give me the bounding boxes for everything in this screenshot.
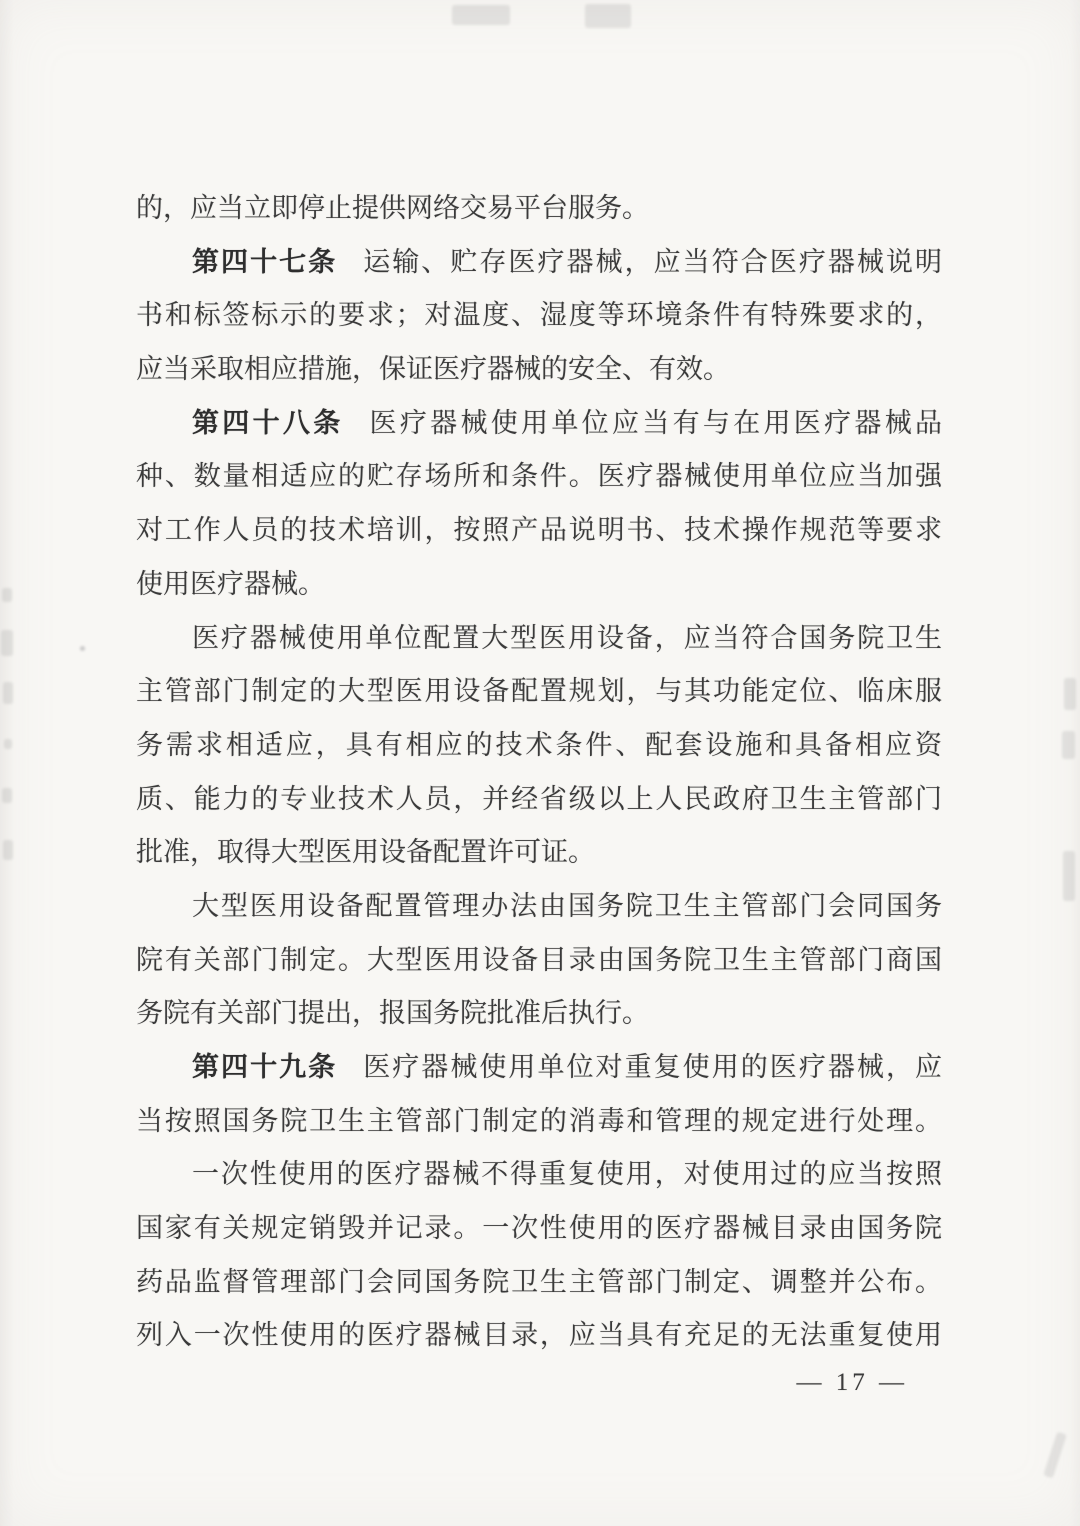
line-text: 药品监督管理部门会同国务院卫生主管部门制定、调整并公布。: [136, 1267, 942, 1297]
article-heading: 第四十七条: [192, 247, 337, 277]
scan-smudge: [1, 630, 13, 656]
scan-smudge: [1064, 678, 1076, 710]
line-text: 应当采取相应措施，保证医疗器械的安全、有效。: [136, 354, 730, 384]
scan-smudge: [3, 840, 13, 860]
scan-smudge: [585, 4, 631, 28]
scan-smudge: [4, 739, 12, 749]
text-line: 应当采取相应措施，保证医疗器械的安全、有效。: [136, 343, 942, 397]
line-text: 种、数量相适应的贮存场所和条件。医疗器械使用单位应当加强: [136, 461, 942, 491]
text-line: 质、能力的专业技术人员，并经省级以上人民政府卫生主管部门: [136, 773, 942, 827]
text-line: 第四十八条医疗器械使用单位应当有与在用医疗器械品: [136, 397, 942, 451]
line-text: 主管部门制定的大型医用设备配置规划，与其功能定位、临床服: [136, 676, 942, 706]
text-line: 列入一次性使用的医疗器械目录，应当具有充足的无法重复使用: [136, 1309, 942, 1363]
text-line: 批准，取得大型医用设备配置许可证。: [136, 826, 942, 880]
scan-smudge: [452, 5, 510, 25]
line-text: 医疗器械使用单位应当有与在用医疗器械品: [370, 408, 942, 438]
scan-smudge: [2, 788, 12, 803]
line-text: 使用医疗器械。: [136, 569, 325, 599]
scan-smudge: [1062, 731, 1075, 759]
line-text: 医疗器械使用单位配置大型医用设备，应当符合国务院卫生: [192, 623, 942, 653]
text-line: 第四十九条医疗器械使用单位对重复使用的医疗器械，应: [136, 1041, 942, 1095]
scan-smudge: [1063, 851, 1075, 901]
text-line: 院有关部门制定。大型医用设备目录由国务院卫生主管部门商国: [136, 934, 942, 988]
text-line: 务需求相适应，具有相应的技术条件、配套设施和具备相应资: [136, 719, 942, 773]
document-page: 的，应当立即停止提供网络交易平台服务。第四十七条运输、贮存医疗器械，应当符合医疗…: [0, 0, 1080, 1526]
text-line: 务院有关部门提出，报国务院批准后执行。: [136, 987, 942, 1041]
line-text: 质、能力的专业技术人员，并经省级以上人民政府卫生主管部门: [136, 784, 942, 814]
line-text: 国家有关规定销毁并记录。一次性使用的医疗器械目录由国务院: [136, 1213, 942, 1243]
line-text: 一次性使用的医疗器械不得重复使用，对使用过的应当按照: [192, 1159, 942, 1189]
text-line: 国家有关规定销毁并记录。一次性使用的医疗器械目录由国务院: [136, 1202, 942, 1256]
text-line: 一次性使用的医疗器械不得重复使用，对使用过的应当按照: [136, 1148, 942, 1202]
line-text: 对工作人员的技术培训，按照产品说明书、技术操作规范等要求: [136, 515, 942, 545]
text-line: 药品监督管理部门会同国务院卫生主管部门制定、调整并公布。: [136, 1256, 942, 1310]
text-line: 医疗器械使用单位配置大型医用设备，应当符合国务院卫生: [136, 612, 942, 666]
line-text: 务需求相适应，具有相应的技术条件、配套设施和具备相应资: [136, 730, 942, 760]
text-line: 书和标签标示的要求；对温度、湿度等环境条件有特殊要求的，: [136, 289, 942, 343]
page-number: — 17 —: [797, 1368, 909, 1398]
line-text: 大型医用设备配置管理办法由国务院卫生主管部门会同国务: [192, 891, 942, 921]
text-line: 大型医用设备配置管理办法由国务院卫生主管部门会同国务: [136, 880, 942, 934]
text-line: 的，应当立即停止提供网络交易平台服务。: [136, 182, 942, 236]
line-text: 当按照国务院卫生主管部门制定的消毒和管理的规定进行处理。: [136, 1106, 942, 1136]
text-line: 当按照国务院卫生主管部门制定的消毒和管理的规定进行处理。: [136, 1095, 942, 1149]
scan-smudge: [1043, 1432, 1067, 1479]
scan-smudge: [2, 588, 12, 602]
article-heading: 第四十九条: [192, 1052, 337, 1082]
text-line: 对工作人员的技术培训，按照产品说明书、技术操作规范等要求: [136, 504, 942, 558]
scan-smudge: [3, 682, 13, 704]
line-text: 列入一次性使用的医疗器械目录，应当具有充足的无法重复使用: [136, 1320, 942, 1350]
line-text: 书和标签标示的要求；对温度、湿度等环境条件有特殊要求的，: [136, 300, 942, 330]
text-line: 第四十七条运输、贮存医疗器械，应当符合医疗器械说明: [136, 236, 942, 290]
line-text: 医疗器械使用单位对重复使用的医疗器械，应: [363, 1052, 942, 1082]
text-line: 主管部门制定的大型医用设备配置规划，与其功能定位、临床服: [136, 665, 942, 719]
line-text: 批准，取得大型医用设备配置许可证。: [136, 837, 595, 867]
line-text: 的，应当立即停止提供网络交易平台服务。: [136, 193, 649, 223]
line-text: 务院有关部门提出，报国务院批准后执行。: [136, 998, 649, 1028]
line-text: 运输、贮存医疗器械，应当符合医疗器械说明: [363, 247, 942, 277]
article-heading: 第四十八条: [192, 408, 344, 438]
text-line: 种、数量相适应的贮存场所和条件。医疗器械使用单位应当加强: [136, 450, 942, 504]
text-line: 使用医疗器械。: [136, 558, 942, 612]
document-body: 的，应当立即停止提供网络交易平台服务。第四十七条运输、贮存医疗器械，应当符合医疗…: [136, 182, 942, 1363]
line-text: 院有关部门制定。大型医用设备目录由国务院卫生主管部门商国: [136, 945, 942, 975]
scan-smudge: [80, 646, 85, 651]
